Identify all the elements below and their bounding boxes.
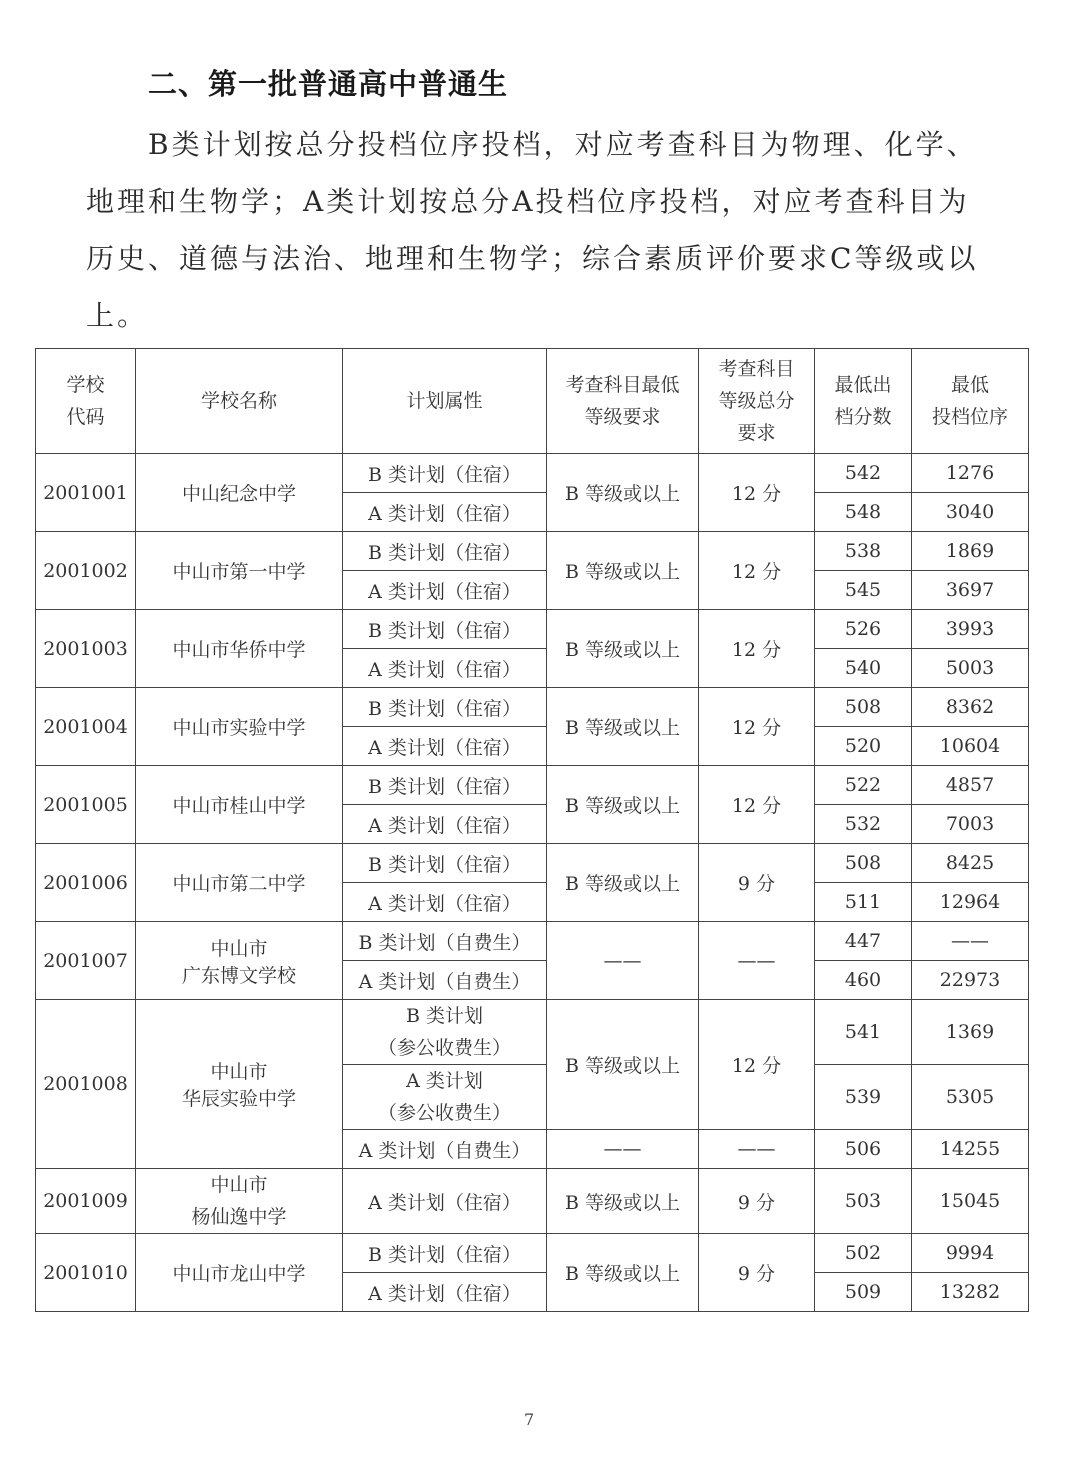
plan-type: B 类计划（住宿） (343, 610, 547, 649)
plan-type: A 类计划（住宿） (343, 727, 547, 766)
header-total-grade: 考查科目等级总分要求 (699, 349, 815, 454)
min-score: 542 (815, 454, 912, 493)
plan-type: A 类计划（参公收费生） (343, 1065, 547, 1130)
min-grade: B 等级或以上 (547, 844, 699, 922)
table-row: 2001005 中山市桂山中学 B 类计划（住宿） B 等级或以上 12 分 5… (36, 766, 1029, 805)
intro-paragraph: B类计划按总分投档位序投档，对应考查科目为物理、化学、地理和生物学；A类计划按总… (86, 116, 986, 344)
school-name: 中山市桂山中学 (136, 766, 343, 844)
total-grade: 12 分 (699, 766, 815, 844)
min-grade: —— (547, 1130, 699, 1169)
min-score: 447 (815, 922, 912, 961)
table-row: 2001006 中山市第二中学 B 类计划（住宿） B 等级或以上 9 分 50… (36, 844, 1029, 883)
min-score: 520 (815, 727, 912, 766)
school-name: 中山纪念中学 (136, 454, 343, 532)
min-score: 508 (815, 688, 912, 727)
min-score: 540 (815, 649, 912, 688)
school-code: 2001006 (36, 844, 136, 922)
min-rank: 14255 (912, 1130, 1029, 1169)
header-min-grade: 考查科目最低等级要求 (547, 349, 699, 454)
min-grade: B 等级或以上 (547, 1234, 699, 1312)
plan-type: B 类计划（住宿） (343, 532, 547, 571)
plan-type: A 类计划（住宿） (343, 883, 547, 922)
total-grade: 9 分 (699, 844, 815, 922)
plan-type: A 类计划（住宿） (343, 805, 547, 844)
min-score: 506 (815, 1130, 912, 1169)
total-grade: 9 分 (699, 1234, 815, 1312)
table-row: 2001010 中山市龙山中学 B 类计划（住宿） B 等级或以上 9 分 50… (36, 1234, 1029, 1273)
total-grade: 12 分 (699, 532, 815, 610)
min-grade: B 等级或以上 (547, 688, 699, 766)
school-code: 2001003 (36, 610, 136, 688)
school-name: 中山市龙山中学 (136, 1234, 343, 1312)
min-grade: B 等级或以上 (547, 532, 699, 610)
min-score: 545 (815, 571, 912, 610)
min-score: 539 (815, 1065, 912, 1130)
school-code: 2001002 (36, 532, 136, 610)
min-rank: 10604 (912, 727, 1029, 766)
table-row: 2001004 中山市实验中学 B 类计划（住宿） B 等级或以上 12 分 5… (36, 688, 1029, 727)
school-code: 2001001 (36, 454, 136, 532)
total-grade: —— (699, 922, 815, 1000)
min-score: 509 (815, 1273, 912, 1312)
min-rank: 8362 (912, 688, 1029, 727)
min-score: 538 (815, 532, 912, 571)
min-rank: 3040 (912, 493, 1029, 532)
plan-type: B 类计划（住宿） (343, 1234, 547, 1273)
min-rank: 4857 (912, 766, 1029, 805)
total-grade: 12 分 (699, 454, 815, 532)
table-row: 2001008 中山市华辰实验中学 B 类计划（参公收费生） B 等级或以上 1… (36, 1000, 1029, 1065)
school-code: 2001005 (36, 766, 136, 844)
total-grade: 12 分 (699, 610, 815, 688)
header-school-name: 学校名称 (136, 349, 343, 454)
school-name: 中山市第一中学 (136, 532, 343, 610)
total-grade: 9 分 (699, 1169, 815, 1234)
plan-type: A 类计划（住宿） (343, 571, 547, 610)
school-code: 2001007 (36, 922, 136, 1000)
school-code: 2001009 (36, 1169, 136, 1234)
plan-type: B 类计划（参公收费生） (343, 1000, 547, 1065)
min-rank: 3697 (912, 571, 1029, 610)
min-rank: 15045 (912, 1169, 1029, 1234)
school-name: 中山市华辰实验中学 (136, 1000, 343, 1169)
total-grade: —— (699, 1130, 815, 1169)
min-score: 508 (815, 844, 912, 883)
min-grade: B 等级或以上 (547, 1169, 699, 1234)
min-rank: 22973 (912, 961, 1029, 1000)
min-score: 541 (815, 1000, 912, 1065)
plan-type: A 类计划（自费生） (343, 1130, 547, 1169)
table-row: 2001002 中山市第一中学 B 类计划（住宿） B 等级或以上 12 分 5… (36, 532, 1029, 571)
plan-type: A 类计划（住宿） (343, 493, 547, 532)
min-rank: 13282 (912, 1273, 1029, 1312)
min-score: 460 (815, 961, 912, 1000)
plan-type: A 类计划（住宿） (343, 649, 547, 688)
min-rank: 1369 (912, 1000, 1029, 1065)
school-code: 2001010 (36, 1234, 136, 1312)
table-row: 2001007 中山市广东博文学校 B 类计划（自费生） —— —— 447 —… (36, 922, 1029, 961)
plan-type: A 类计划（住宿） (343, 1169, 547, 1234)
header-plan-type: 计划属性 (343, 349, 547, 454)
header-school-code: 学校代码 (36, 349, 136, 454)
plan-type: B 类计划（住宿） (343, 844, 547, 883)
min-grade: B 等级或以上 (547, 1000, 699, 1130)
min-grade: B 等级或以上 (547, 610, 699, 688)
min-rank: 5003 (912, 649, 1029, 688)
plan-type: B 类计划（住宿） (343, 454, 547, 493)
min-rank: 3993 (912, 610, 1029, 649)
table-row: 2001001 中山纪念中学 B 类计划（住宿） B 等级或以上 12 分 54… (36, 454, 1029, 493)
min-rank: 12964 (912, 883, 1029, 922)
min-grade: B 等级或以上 (547, 454, 699, 532)
min-rank: 5305 (912, 1065, 1029, 1130)
min-score: 503 (815, 1169, 912, 1234)
total-grade: 12 分 (699, 1000, 815, 1130)
min-score: 526 (815, 610, 912, 649)
plan-type: A 类计划（自费生） (343, 961, 547, 1000)
total-grade: 12 分 (699, 688, 815, 766)
school-name: 中山市杨仙逸中学 (136, 1169, 343, 1234)
min-score: 522 (815, 766, 912, 805)
min-grade: —— (547, 922, 699, 1000)
section-heading: 二、第一批普通高中普通生 (148, 62, 508, 103)
page-number: 7 (524, 1410, 534, 1429)
min-grade: B 等级或以上 (547, 766, 699, 844)
table-row: 2001003 中山市华侨中学 B 类计划（住宿） B 等级或以上 12 分 5… (36, 610, 1029, 649)
min-score: 532 (815, 805, 912, 844)
min-rank: —— (912, 922, 1029, 961)
min-score: 548 (815, 493, 912, 532)
min-score: 511 (815, 883, 912, 922)
min-rank: 1869 (912, 532, 1029, 571)
min-rank: 9994 (912, 1234, 1029, 1273)
header-min-score: 最低出档分数 (815, 349, 912, 454)
min-rank: 8425 (912, 844, 1029, 883)
table-row: 2001009 中山市杨仙逸中学 A 类计划（住宿） B 等级或以上 9 分 5… (36, 1169, 1029, 1234)
admission-table: 学校代码 学校名称 计划属性 考查科目最低等级要求 考查科目等级总分要求 最低出… (35, 348, 1029, 1312)
school-name: 中山市实验中学 (136, 688, 343, 766)
header-min-rank: 最低投档位序 (912, 349, 1029, 454)
plan-type: A 类计划（住宿） (343, 1273, 547, 1312)
school-name: 中山市华侨中学 (136, 610, 343, 688)
table-header-row: 学校代码 学校名称 计划属性 考查科目最低等级要求 考查科目等级总分要求 最低出… (36, 349, 1029, 454)
school-name: 中山市广东博文学校 (136, 922, 343, 1000)
plan-type: B 类计划（自费生） (343, 922, 547, 961)
plan-type: B 类计划（住宿） (343, 688, 547, 727)
min-rank: 7003 (912, 805, 1029, 844)
school-code: 2001004 (36, 688, 136, 766)
school-name: 中山市第二中学 (136, 844, 343, 922)
min-score: 502 (815, 1234, 912, 1273)
school-code: 2001008 (36, 1000, 136, 1169)
plan-type: B 类计划（住宿） (343, 766, 547, 805)
min-rank: 1276 (912, 454, 1029, 493)
